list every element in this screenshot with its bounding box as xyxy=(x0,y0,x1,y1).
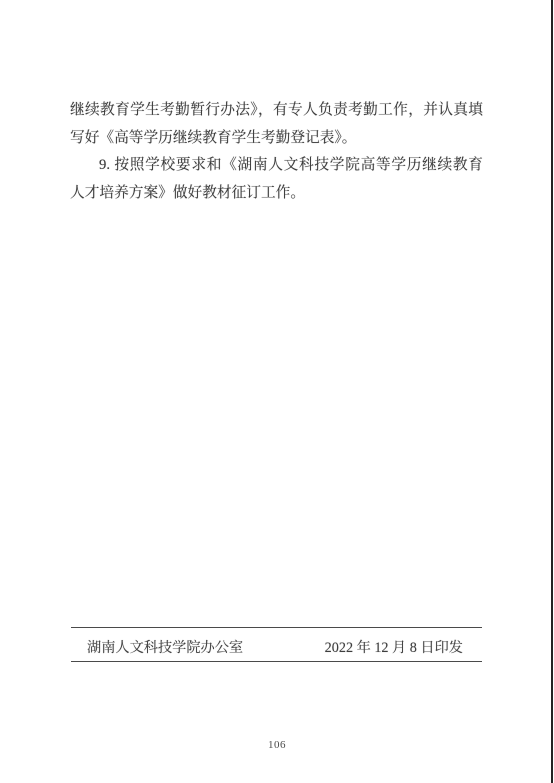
scan-edge-line xyxy=(551,0,553,783)
body-line-1: 继续教育学生考勤暂行办法》，有专人负责考勤工作，并认真填 xyxy=(70,97,483,125)
footer-print-date: 2022 年 12 月 8 日印发 xyxy=(325,637,463,657)
page-number: 106 xyxy=(0,739,554,751)
body-line-2: 写好《高等学历继续教育学生考勤登记表》。 xyxy=(70,125,483,153)
footer: 湖南人文科技学院办公室 2022 年 12 月 8 日印发 xyxy=(71,628,482,661)
body-line-4: 人才培养方案》做好教材征订工作。 xyxy=(70,180,483,208)
document-page: 继续教育学生考勤暂行办法》，有专人负责考勤工作，并认真填 写好《高等学历继续教育… xyxy=(0,0,554,783)
footer-rule-bottom xyxy=(71,661,482,662)
footer-issuer: 湖南人文科技学院办公室 xyxy=(87,637,243,657)
body-line-3: 9. 按照学校要求和《湖南人文科技学院高等学历继续教育 xyxy=(70,152,483,180)
body-text: 继续教育学生考勤暂行办法》，有专人负责考勤工作，并认真填 写好《高等学历继续教育… xyxy=(70,97,483,207)
